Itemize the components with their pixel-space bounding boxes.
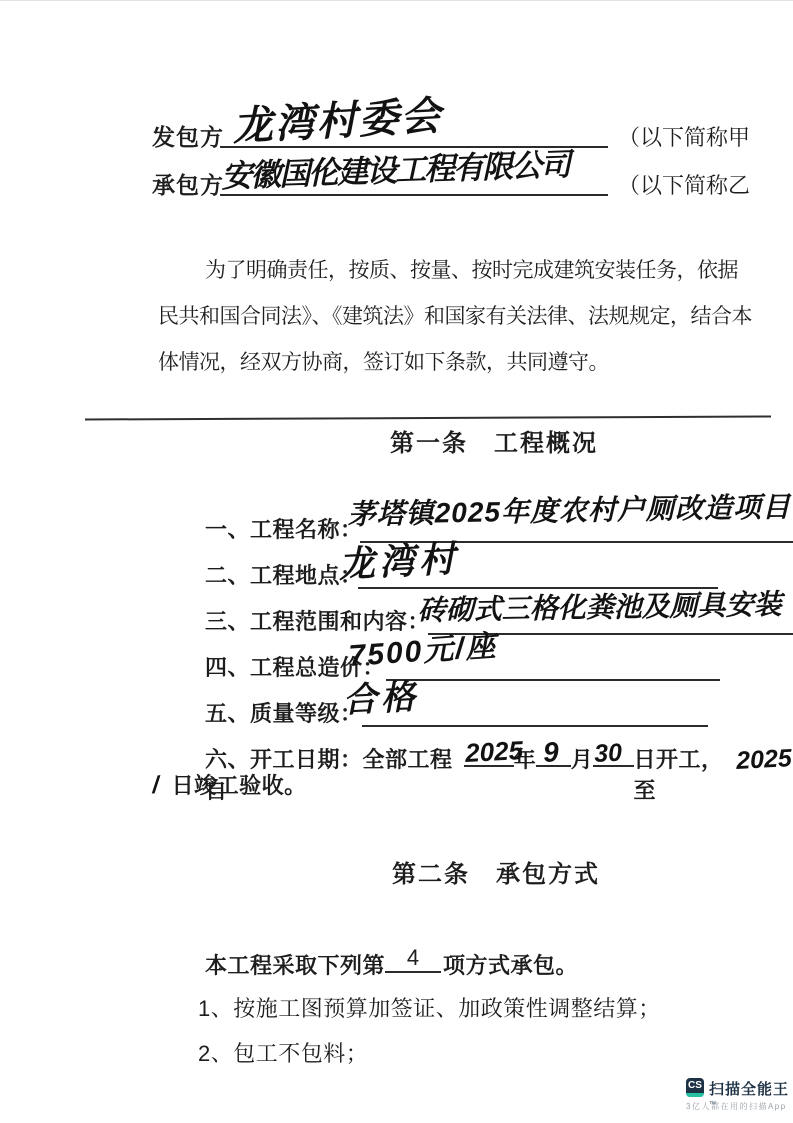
item5-label: 五、质量等级： xyxy=(205,697,363,728)
section2-intro-suffix: 项方式承包。 xyxy=(443,949,578,980)
section2-number: 4 xyxy=(385,945,441,971)
party-b-underline xyxy=(220,194,608,196)
item6-month-blank: 9 xyxy=(536,741,571,767)
item5-handwriting: 合格 xyxy=(341,669,419,722)
party-a-suffix: （以下简称甲 xyxy=(618,121,750,152)
section2-intro-prefix: 本工程采取下列第 xyxy=(205,949,385,980)
item6-year-handwriting: 2025 xyxy=(464,735,523,769)
preamble-line-2: 民共和国合同法》、《建筑法》和国家有关法律、法规规定，结合本 xyxy=(158,300,752,330)
preamble-line-3: 体情况，经双方协商，签订如下条款，共同遵守。 xyxy=(158,346,609,376)
party-b-suffix: （以下简称乙 xyxy=(618,169,750,200)
completion-slash-handwriting: / xyxy=(152,772,160,800)
item5-underline xyxy=(362,725,708,727)
party-b-label: 承包方 xyxy=(152,167,224,200)
camscanner-tagline: 3亿人都在用的扫描App xyxy=(686,1101,787,1112)
item6-end-year-handwriting: 2025 xyxy=(736,744,793,776)
camscanner-logo-accent-bar xyxy=(686,1093,704,1097)
section2-option-2: 2、包工不包料； xyxy=(198,1037,368,1068)
scanned-contract-page: 发包方 龙湾村委会 （以下简称甲 承包方 安徽国伦建设工程有限公司 （以下简称乙… xyxy=(0,0,793,1123)
item6-day-unit: 日开工，至 xyxy=(634,743,742,805)
section2-number-blank: 4 xyxy=(385,947,441,973)
completion-line: / 日竣工验收。 xyxy=(153,769,307,800)
section2-option-1: 1、按施工图预算加签证、加政策性调整结算； xyxy=(198,992,661,1023)
section2-title: 第二条 承包方式 xyxy=(392,854,600,889)
party-a-label: 发包方 xyxy=(152,119,224,152)
item6-day-handwriting: 30 xyxy=(594,739,623,769)
preamble-line-1: 为了明确责任，按质、按量、按时完成建筑安装任务，依据 xyxy=(205,254,738,284)
camscanner-logo-text: CS xyxy=(686,1078,704,1093)
item6-year-blank: 2025 xyxy=(464,741,514,767)
item1-handwriting: 茅塔镇2025年度农村户厕改造项目 xyxy=(347,485,791,533)
camscanner-logo-icon: CS xyxy=(686,1078,704,1097)
item6-month-handwriting: 9 xyxy=(543,736,560,769)
item6-month-unit: 月 xyxy=(571,743,594,774)
item4-handwriting: 7500元/座 xyxy=(347,621,499,675)
completion-text: 日竣工验收。 xyxy=(172,769,307,800)
item2-handwriting: 龙湾村 xyxy=(337,531,460,588)
item6-day-blank: 30 xyxy=(593,741,633,767)
section1-title: 第一条 工程概况 xyxy=(390,423,598,458)
party-a-handwriting: 龙湾村委会 xyxy=(231,84,444,152)
section2-intro-line: 本工程采取下列第 4 项方式承包。 xyxy=(205,947,578,980)
camscanner-brand-label: 扫描全能王 xyxy=(709,1081,789,1098)
section-divider-line xyxy=(85,416,771,421)
item4-underline xyxy=(386,679,720,681)
